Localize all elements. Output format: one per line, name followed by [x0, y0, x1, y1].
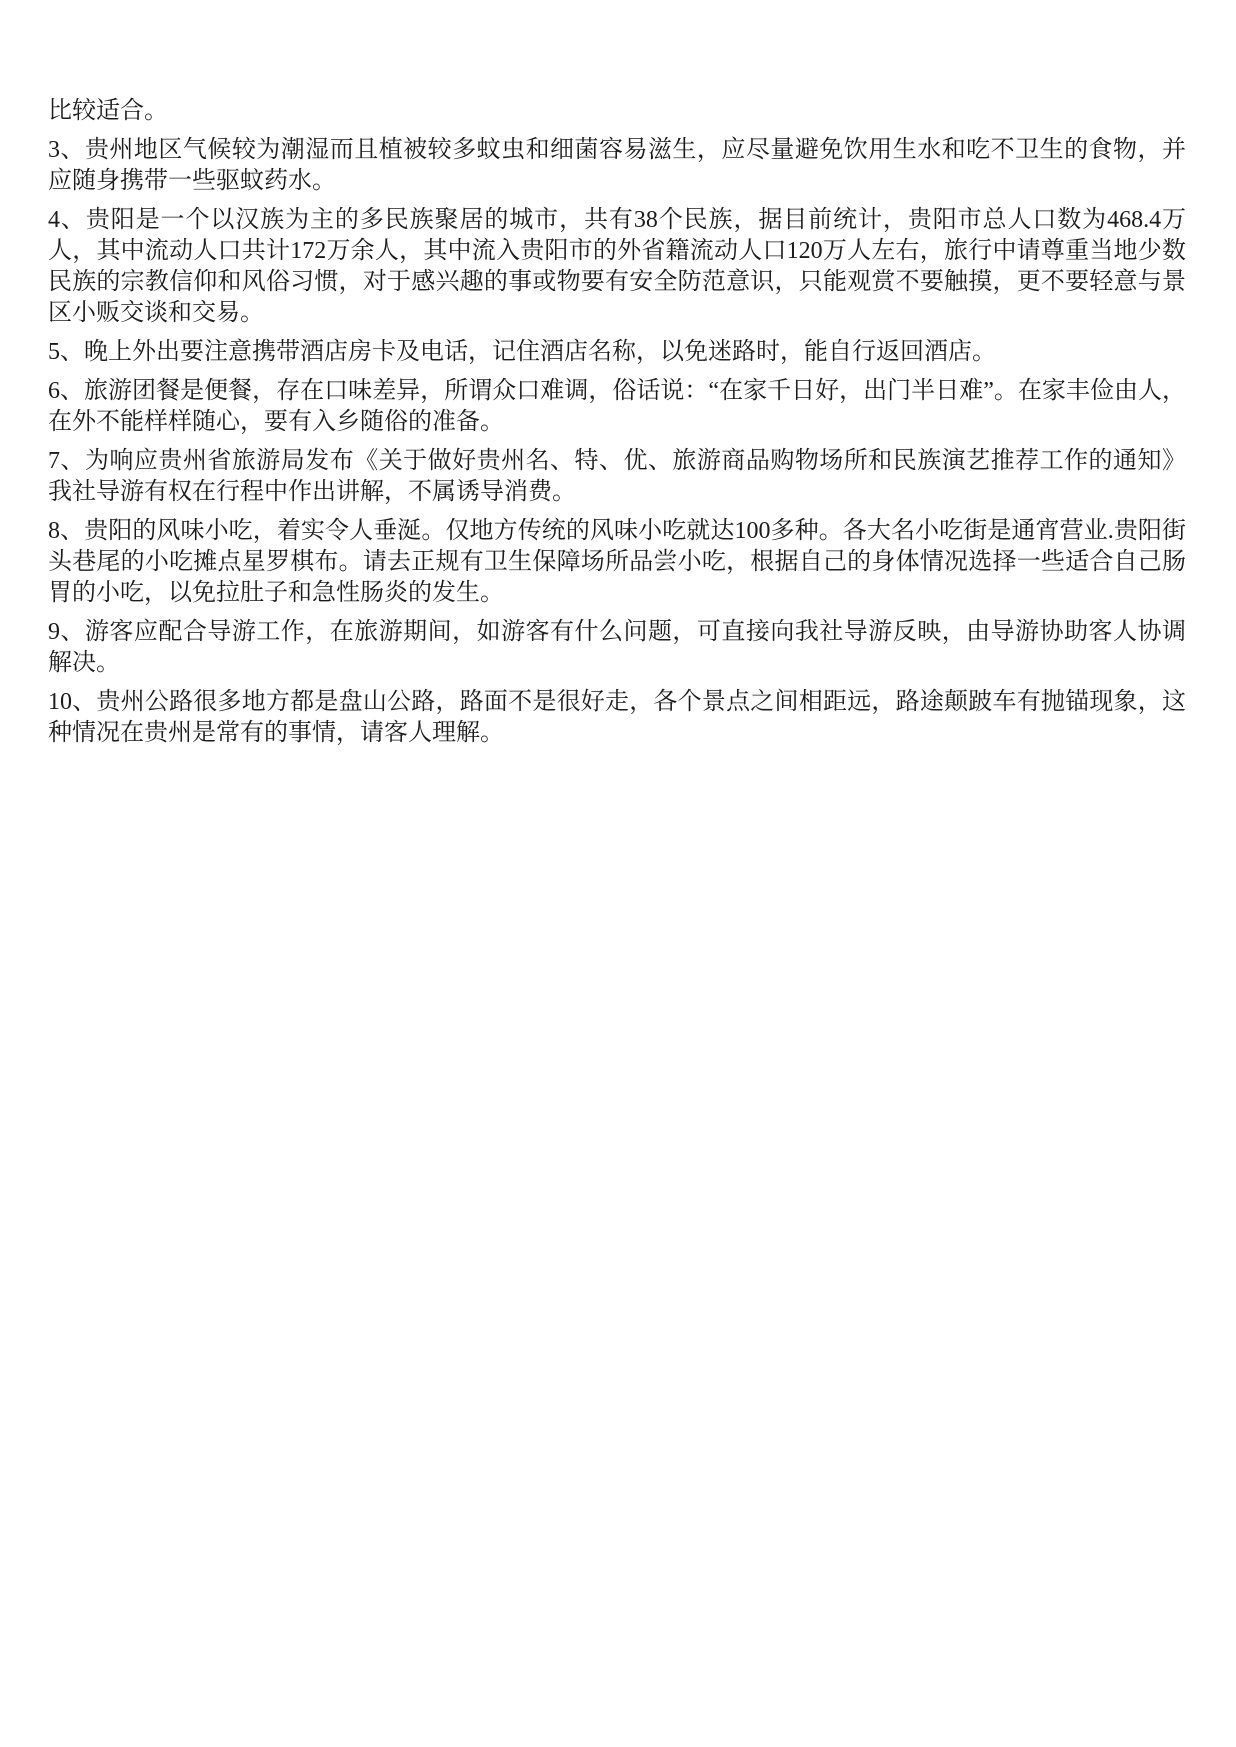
paragraph-item-4: 4、贵阳是一个以汉族为主的多民族聚居的城市，共有38个民族，据目前统计，贵阳市总… — [48, 205, 1186, 329]
paragraph-item-10: 10、贵州公路很多地方都是盘山公路，路面不是很好走，各个景点之间相距远，路途颠跛… — [48, 687, 1186, 749]
document-body: 比较适合。 3、贵州地区气候较为潮湿而且植被较多蚊虫和细菌容易滋生，应尽量避免饮… — [48, 96, 1186, 749]
paragraph-item-7: 7、为响应贵州省旅游局发布《关于做好贵州名、特、优、旅游商品购物场所和民族演艺推… — [48, 446, 1186, 508]
paragraph-item-8: 8、贵阳的风味小吃，着实令人垂涎。仅地方传统的风味小吃就达100多种。各大名小吃… — [48, 516, 1186, 609]
paragraph-item-9: 9、游客应配合导游工作，在旅游期间，如游客有什么问题，可直接向我社导游反映，由导… — [48, 617, 1186, 679]
paragraph-continuation: 比较适合。 — [48, 96, 1186, 127]
paragraph-item-3: 3、贵州地区气候较为潮湿而且植被较多蚊虫和细菌容易滋生，应尽量避免饮用生水和吃不… — [48, 135, 1186, 197]
paragraph-item-5: 5、晚上外出要注意携带酒店房卡及电话，记住酒店名称，以免迷路时，能自行返回酒店。 — [48, 337, 1186, 368]
document-page: 比较适合。 3、贵州地区气候较为潮湿而且植被较多蚊虫和细菌容易滋生，应尽量避免饮… — [0, 0, 1236, 1747]
paragraph-item-6: 6、旅游团餐是便餐，存在口味差异，所谓众口难调，俗话说：“在家千日好，出门半日难… — [48, 376, 1186, 438]
